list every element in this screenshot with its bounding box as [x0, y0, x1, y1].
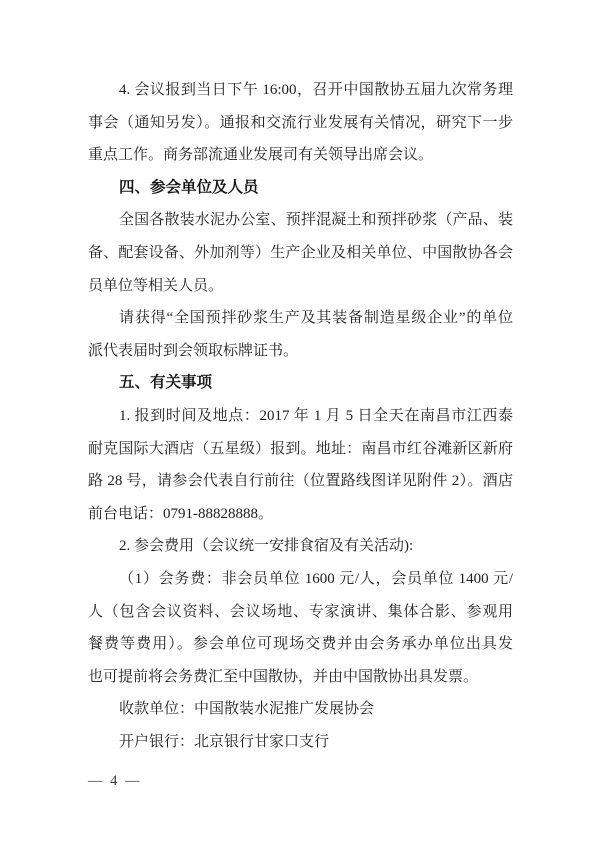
text-line: 备、配套设备、外加剂等）生产企业及相关单位、中国散协各会 — [88, 237, 513, 270]
text-line: 耐克国际大酒店（五星级）报到。地址：南昌市红谷滩新区新府 — [88, 433, 513, 466]
text-line: 重点工作。商务部流通业发展司有关领导出席会议。 — [88, 139, 513, 172]
text-line: 也可提前将会务费汇至中国散协，并由中国散协出具发票。 — [88, 661, 513, 694]
text-line: （1）会务费：非会员单位 1600 元/人，会员单位 1400 元/ — [88, 563, 513, 596]
text-line: 1. 报到时间及地点：2017 年 1 月 5 日全天在南昌市江西泰 — [88, 400, 513, 433]
text-line: 前台电话：0791-88828888。 — [88, 498, 513, 531]
text-line: 2. 参会费用（会议统一安排食宿及有关活动): — [88, 530, 513, 563]
text-line: 员单位等相关人员。 — [88, 270, 513, 303]
section-heading: 五、有关事项 — [88, 367, 513, 400]
text-line: 餐费等费用）。参会单位可现场交费并由会务承办单位出具发票， — [88, 628, 513, 661]
text-line: 路 28 号，请参会代表自行前往（位置路线图详见附件 2）。酒店 — [88, 465, 513, 498]
text-line: 收款单位：中国散装水泥推广发展协会 — [88, 693, 513, 726]
document-body: 4. 会议报到当日下午 16:00，召开中国散协五届九次常务理事会（通知另发）。… — [88, 74, 513, 758]
text-line: 4. 会议报到当日下午 16:00，召开中国散协五届九次常务理 — [88, 74, 513, 107]
text-line: 开户银行：北京银行甘家口支行 — [88, 726, 513, 759]
text-line: 派代表届时到会领取标牌证书。 — [88, 335, 513, 368]
page-number: — 4 — — [88, 770, 142, 792]
text-line: 全国各散装水泥办公室、预拌混凝土和预拌砂浆（产品、装 — [88, 204, 513, 237]
document-page: 4. 会议报到当日下午 16:00，召开中国散协五届九次常务理事会（通知另发）。… — [0, 0, 600, 849]
section-heading: 四、参会单位及人员 — [88, 172, 513, 205]
text-line: 请获得“全国预拌砂浆生产及其装备制造星级企业”的单位 — [88, 302, 513, 335]
text-line: 事会（通知另发）。通报和交流行业发展有关情况，研究下一步 — [88, 107, 513, 140]
text-line: 人（包含会议资料、会议场地、专家演讲、集体合影、参观用车、 — [88, 596, 513, 629]
